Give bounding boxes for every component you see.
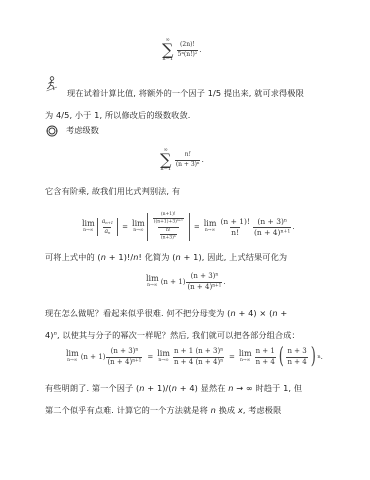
text: ! 化简为 (	[139, 252, 176, 262]
right-paren: )	[310, 346, 315, 368]
denominator: n!	[230, 227, 240, 237]
exp: n	[135, 348, 138, 353]
compound-fraction: (n+1)! ((n+1)+3)n+1 n! (n+3)n	[151, 213, 186, 242]
base: (n + 4)	[254, 228, 281, 237]
text: + 1)!/	[106, 252, 133, 262]
text: 第二个似乎有点难. 计算它的一个方法就是将	[45, 405, 211, 415]
base: (n + 3)	[257, 217, 284, 226]
numerator: (n + 3)n	[256, 218, 288, 227]
fraction: n! (n+3)n	[160, 229, 177, 242]
numerator: (n + 3)n	[110, 348, 140, 356]
formula-combined-limit: limn→∞ (n + 1) (n + 3)n (n + 4)n+1 = lim…	[66, 344, 323, 370]
text: → ∞ 时趋于 1, 但	[234, 383, 303, 393]
paragraph-line: 有些明朗了. 第一个因子 (n + 1)/(n + 4) 显然在 n → ∞ 时…	[45, 377, 335, 399]
text: + 4) 显然在	[177, 383, 228, 393]
text: 现在怎么做呢？看起来似乎很难. 何不把分母变为 (	[45, 308, 230, 318]
paragraph-factorial: 它含有阶乘, 故我们用比式判别法, 有	[45, 180, 335, 202]
fraction: (n + 3)n (n + 4)n+1	[186, 273, 222, 291]
text: 4)	[45, 330, 54, 340]
absolute-value: (n+1)! ((n+1)+3)n+1 n! (n+3)n	[147, 213, 190, 241]
text: + 1)/(	[145, 383, 172, 393]
factor: (n + 1)	[81, 353, 106, 361]
formula-simplified-limit: limn→∞ (n + 1) (n + 3)n (n + 4)n+1 .	[146, 270, 226, 294]
period: .	[199, 46, 201, 54]
lim-label: lim	[66, 350, 79, 358]
paragraph-line: 第二个似乎有点难. 计算它的一个方法就是将 n 换成 x, 考虑极限	[45, 399, 335, 421]
limit: limn→∞	[146, 275, 159, 289]
fraction: (n + 3)n (n + 4)n+1	[106, 348, 142, 366]
exp: n+1	[280, 229, 290, 234]
lim-under: n→∞	[133, 229, 143, 234]
fraction: (2n)! 5n(n!)2	[177, 42, 199, 58]
numerator: (n + 3)n	[190, 273, 220, 281]
denominator: (n + 4)n+1	[106, 357, 142, 366]
den-exp: n	[197, 160, 199, 164]
denominator: (n+3)n	[160, 234, 177, 241]
period: .	[201, 155, 203, 164]
paragraph-line: 4)n, 以使其与分子的幂次一样呢？然后, 我们就可以把各部分组合成：	[45, 324, 335, 346]
numerator: n + 1 (n + 3)n	[173, 348, 224, 356]
exp: n+1	[132, 358, 141, 363]
period: .	[321, 353, 323, 361]
lim-label: lim	[157, 350, 170, 358]
text: 有些明朗了. 第一个因子 (	[45, 383, 139, 393]
lim-under: n→∞	[158, 359, 168, 364]
paragraph-analysis: 有些明朗了. 第一个因子 (n + 1)/(n + 4) 显然在 n → ∞ 时…	[45, 377, 335, 421]
fraction: n + 3 n + 4	[286, 348, 307, 366]
sum-lower: n=1	[162, 57, 173, 62]
text: + 4) × (	[236, 308, 273, 318]
fraction: n + 1 (n + 3)n n + 4 (n + 4)n	[173, 348, 224, 366]
paragraph-line: 为 4/5, 小于 1, 所以修改后的级数收敛.	[45, 104, 335, 126]
limit: limn→∞	[132, 220, 145, 234]
text: + 1), 因此, 上式结果可化为	[181, 252, 287, 262]
equals: =	[147, 353, 153, 361]
sum-lower: n=1	[160, 167, 171, 172]
base: (n + 3)	[111, 347, 136, 355]
lim-label: lim	[132, 220, 145, 228]
text: , 考虑极限	[243, 405, 282, 415]
fraction: (n + 1)! n!	[219, 218, 251, 237]
lim-label: lim	[239, 350, 252, 358]
factor: (n + 1)	[161, 278, 186, 286]
numerator: an+1	[101, 219, 114, 226]
den-base: (n + 3)	[176, 161, 197, 168]
den-rest-exp: 2	[195, 50, 197, 54]
sigma-symbol: ∑	[160, 153, 171, 167]
summation: ∞ ∑ n=1	[160, 148, 171, 172]
fraction: (n + 3)n (n + 4)n+1	[253, 218, 291, 237]
fraction: (n+1)! ((n+1)+3)n+1	[153, 213, 184, 226]
den-rest: (n!)	[184, 51, 195, 58]
base: n + 4 (n + 4)	[174, 358, 220, 366]
limit: limn→∞	[82, 220, 95, 234]
equals: =	[229, 353, 235, 361]
denominator: n + 4	[286, 357, 307, 366]
limit: limn→∞	[157, 350, 170, 364]
text: 可将上式中的 (	[45, 252, 101, 262]
denominator: n + 4 (n + 4)n	[173, 357, 224, 366]
sigma-symbol: ∑	[162, 43, 173, 57]
base: n + 1 (n + 3)	[174, 347, 220, 355]
paragraph-line: 现在怎么做呢？看起来似乎很难. 何不把分母变为 (n + 4) × (n +	[45, 302, 335, 324]
parenthesized-power: ( n + 3 n + 4 ) n	[277, 346, 321, 368]
equals: =	[122, 223, 128, 231]
denominator: (n + 4)n+1	[253, 227, 291, 237]
absolute-value: an+1 an	[97, 218, 118, 236]
paragraph-simplify: 可将上式中的 (n + 1)!/n! 化简为 (n + 1), 因此, 上式结果…	[45, 246, 335, 268]
formula-series-2: ∞ ∑ n=1 n! (n + 3)n .	[160, 148, 204, 172]
numerator: n!	[183, 152, 191, 159]
base: (n + 3)	[191, 272, 216, 280]
numerator: (n+1)! ((n+1)+3)n+1	[151, 213, 186, 227]
denominator: n! (n+3)n	[158, 227, 179, 242]
lim-under: n→∞	[205, 229, 215, 234]
numerator: (2n)!	[179, 42, 196, 49]
paragraph-line: 它含有阶乘, 故我们用比式判别法, 有	[45, 180, 335, 202]
period: .	[292, 223, 294, 231]
lim-label: lim	[146, 275, 159, 283]
base: (n + 4)	[107, 358, 132, 366]
text: , 以使其与分子的幂次一样呢？然后, 我们就可以把各部分组合成：	[57, 330, 300, 340]
text: 换成	[216, 405, 238, 415]
lim-under: n→∞	[83, 229, 93, 234]
sub: n	[108, 231, 110, 235]
denominator: ((n+1)+3)n+1	[153, 218, 184, 225]
exp: n	[215, 273, 218, 278]
numerator: (n + 1)!	[219, 218, 251, 227]
base: ((n+1)+3)	[154, 220, 177, 225]
lim-under: n→∞	[240, 359, 250, 364]
paragraph-ratio-test: 现在试着计算比值, 将额外的一个因子 1/5 提出来, 就可求得极限 为 4/5…	[45, 82, 335, 126]
equals: =	[194, 223, 200, 231]
period: .	[223, 278, 225, 286]
paragraph-rewrite: 现在怎么做呢？看起来似乎很难. 何不把分母变为 (n + 4) × (n + 4…	[45, 302, 335, 346]
formula-ratio-limit: limn→∞ an+1 an = limn→∞ (n+1)! ((n+1)+3)…	[82, 212, 295, 242]
lim-under: n→∞	[67, 359, 77, 364]
base: (n + 4)	[187, 283, 212, 291]
paragraph-line: 现在试着计算比值, 将额外的一个因子 1/5 提出来, 就可求得极限	[45, 82, 335, 104]
text: +	[278, 308, 288, 318]
exp: n	[284, 218, 287, 223]
limit: limn→∞	[66, 350, 79, 364]
sub: n+1	[105, 221, 113, 225]
formula-series-1: ∞ ∑ n=1 (2n)! 5n(n!)2 .	[162, 38, 201, 62]
fraction: n! (n + 3)n	[175, 152, 201, 168]
numerator: n + 1	[255, 348, 276, 356]
fraction: an+1 an	[101, 219, 114, 235]
lim-label: lim	[82, 220, 95, 228]
exp: n+1	[212, 283, 221, 288]
denominator: n + 4	[255, 357, 276, 366]
limit: limn→∞	[239, 350, 252, 364]
numerator: n + 3	[286, 348, 307, 356]
summation: ∞ ∑ n=1	[162, 38, 173, 62]
left-paren: (	[279, 346, 284, 368]
denominator: an	[103, 227, 111, 235]
exp: n	[174, 234, 176, 238]
target-circle-icon	[46, 125, 58, 137]
base: (n+3)	[161, 236, 174, 241]
denominator: (n + 4)n+1	[186, 282, 222, 291]
exp: n	[220, 358, 223, 363]
limit: limn→∞	[204, 220, 217, 234]
lim-under: n→∞	[147, 284, 157, 289]
fraction: n + 1 n + 4	[255, 348, 276, 366]
denominator: 5n(n!)2	[177, 50, 199, 58]
denominator: (n + 3)n	[175, 160, 201, 168]
exp: n+1	[177, 218, 183, 222]
paragraph-line: 可将上式中的 (n + 1)!/n! 化简为 (n + 1), 因此, 上式结果…	[45, 246, 335, 268]
section-heading: 考虑级数	[66, 125, 99, 136]
lim-label: lim	[204, 220, 217, 228]
exp: n	[220, 348, 223, 353]
